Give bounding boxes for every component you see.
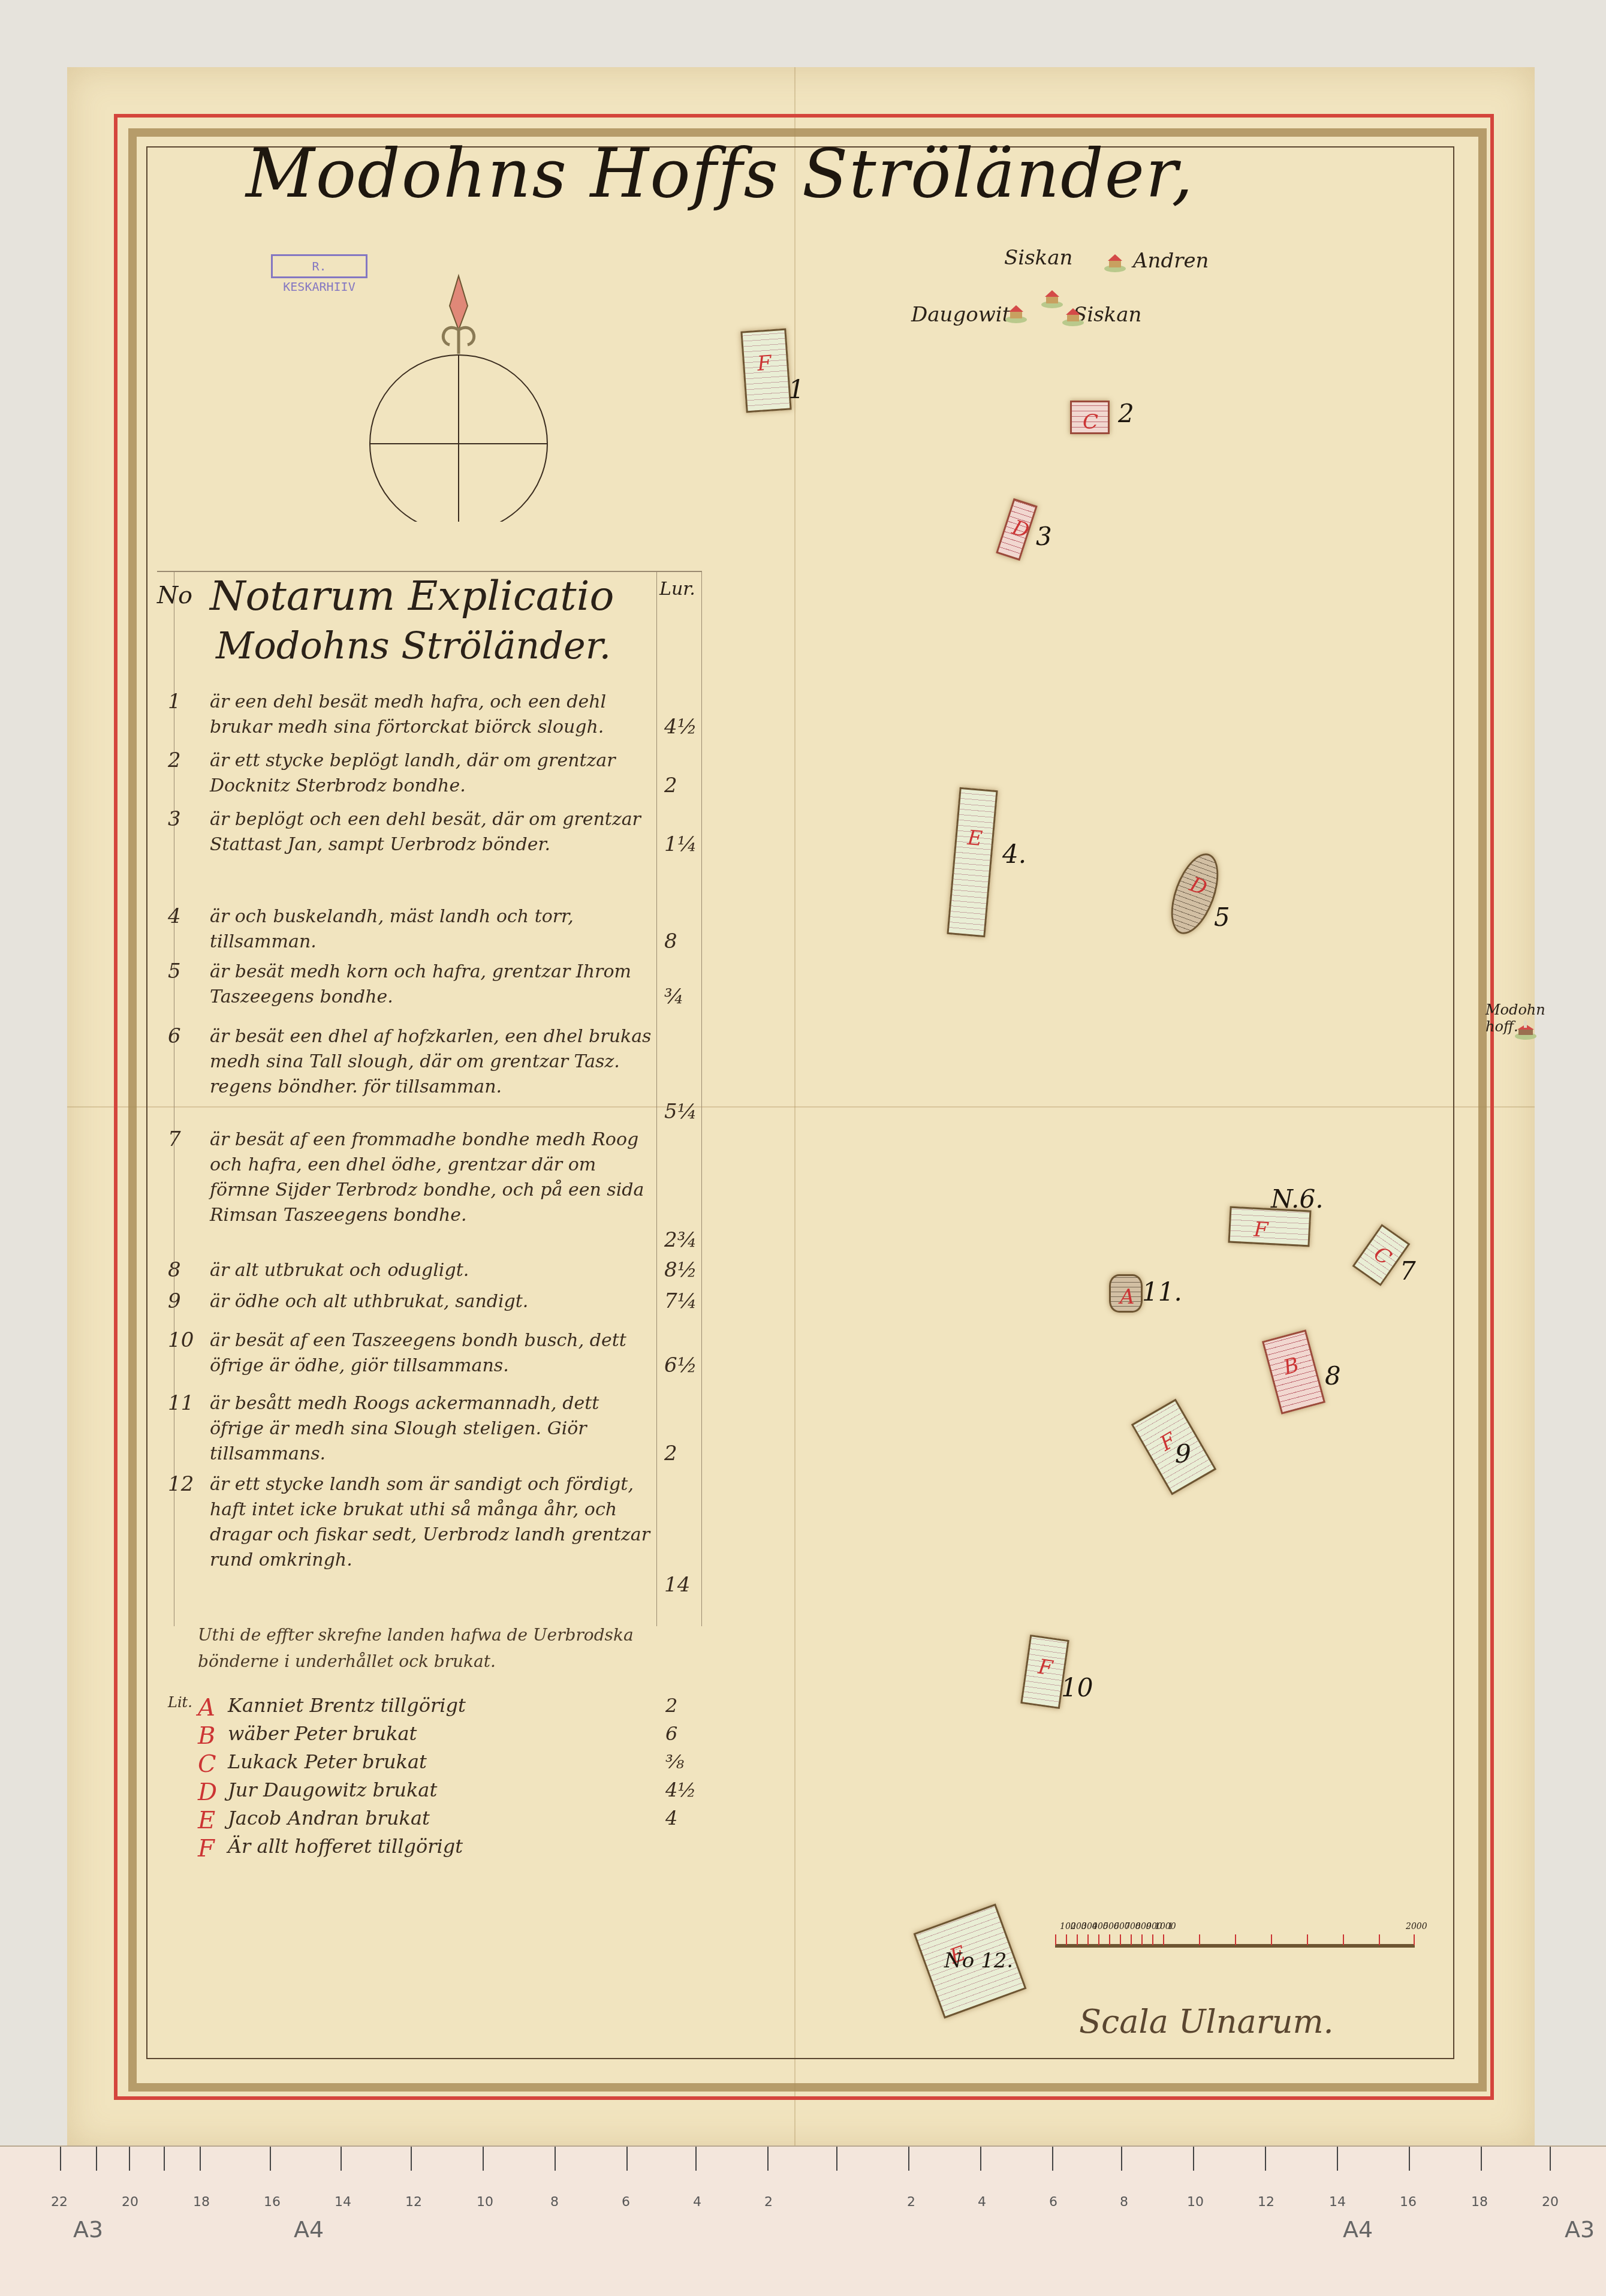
ruler-number: 12	[405, 2195, 422, 2210]
scale-tick	[1343, 1934, 1344, 1945]
village-label-siskan: Siskan	[1004, 246, 1072, 270]
ruler-number: 20	[122, 2195, 138, 2210]
scale-tick	[1379, 1934, 1380, 1945]
ruler-number: 20	[1542, 2195, 1559, 2210]
parcel-number-4: 4.	[1002, 839, 1026, 869]
paper-format-label: A3	[73, 2216, 103, 2243]
paper-format-label: A4	[1343, 2216, 1373, 2243]
farmhouse-icon	[1103, 252, 1127, 272]
village-label-andren: Andren	[1133, 249, 1209, 273]
legend-column-divider	[701, 571, 702, 1626]
ruler-number: 4	[693, 2195, 701, 2210]
parcel-number-11: 11.	[1142, 1277, 1182, 1307]
ruler-number: 22	[51, 2195, 68, 2210]
parcel-number-3: 3	[1036, 522, 1052, 551]
scale-tick	[1109, 1934, 1110, 1945]
scale-tick	[1120, 1934, 1121, 1945]
village-label-daugowit: Daugowit	[911, 303, 1010, 327]
ruler-number: 16	[1400, 2195, 1417, 2210]
legend-col-unit: Lur.	[659, 579, 695, 600]
ruler-number: 6	[622, 2195, 630, 2210]
ruler-number: 14	[335, 2195, 351, 2210]
paper-format-label: A4	[294, 2216, 324, 2243]
scale-label: 2000	[1406, 1922, 1427, 1931]
scale-tick	[1141, 1934, 1143, 1945]
scale-tick	[1066, 1934, 1067, 1945]
scale-tick	[1271, 1934, 1272, 1945]
farmhouse-icon	[1061, 306, 1085, 326]
archive-stamp: R. KESKARHIIV	[271, 254, 367, 278]
scale-label: 1	[1168, 1922, 1173, 1931]
parcel-1: F	[740, 329, 791, 413]
paper-format-label: A3	[1565, 2216, 1595, 2243]
ruler-number: 18	[193, 2195, 210, 2210]
parcel-number-12: No 12.	[944, 1949, 1013, 1973]
scale-tick	[1163, 1934, 1164, 1945]
parcel-6: F	[1228, 1206, 1311, 1247]
legend-column-divider	[656, 571, 657, 1626]
owners-intro: Uthi de effter skrefne landen hafwa de U…	[198, 1622, 689, 1675]
ruler-number: 14	[1329, 2195, 1346, 2210]
ruler-number: 8	[1120, 2195, 1128, 2210]
ruler-number: 2	[764, 2195, 773, 2210]
ruler-number: 8	[550, 2195, 559, 2210]
ruler-number: 12	[1258, 2195, 1274, 2210]
measuring-ruler: 22 20 18 16 14 12 10 8 6 4 2 2 4 6 8 10 …	[0, 2145, 1606, 2296]
scale-tick	[1414, 1934, 1415, 1945]
ruler-number: 10	[477, 2195, 493, 2210]
farmhouse-icon	[1040, 288, 1064, 308]
parcel-2: C	[1070, 401, 1110, 434]
parcel-number-9: 9	[1175, 1439, 1191, 1469]
ruler-number: 4	[978, 2195, 986, 2210]
parcel-11: A	[1109, 1274, 1143, 1313]
parcel-number-2: 2	[1118, 399, 1134, 428]
scale-tick	[1235, 1934, 1236, 1945]
legend-subtitle: Modohns Ströländer.	[216, 624, 611, 667]
parcel-number-8: 8	[1325, 1361, 1341, 1391]
ruler-number: 10	[1187, 2195, 1204, 2210]
scale-tick	[1087, 1934, 1089, 1945]
legend-column-divider	[174, 571, 174, 1626]
legend-col-number: No	[157, 582, 192, 609]
scale-tick	[1307, 1934, 1308, 1945]
ruler-number: 2	[907, 2195, 915, 2210]
scale-tick	[1152, 1934, 1153, 1945]
parcel-number-5: 5	[1214, 902, 1230, 932]
map-title: Modohns Hoffs Ströländer,	[246, 135, 1194, 213]
scale-tick	[1199, 1934, 1200, 1945]
scale-tick	[1077, 1934, 1078, 1945]
farmhouse-icon	[1004, 303, 1028, 323]
scale-tick	[1098, 1934, 1099, 1945]
scale-tick	[1131, 1934, 1132, 1945]
ruler-number: 16	[264, 2195, 281, 2210]
parcel-number-10: 10	[1061, 1673, 1093, 1702]
legend-title: Notarum Explicatio	[210, 573, 614, 620]
scale-tick	[1055, 1934, 1056, 1945]
ruler-number: 6	[1049, 2195, 1057, 2210]
ruler-number: 18	[1471, 2195, 1488, 2210]
parcel-number-1: 1	[788, 375, 804, 404]
compass-rose-icon	[360, 264, 558, 522]
scale-caption: Scala Ulnarum.	[1079, 2003, 1334, 2041]
parcel-number-7: 7	[1400, 1256, 1416, 1286]
manor-house-icon	[1514, 1019, 1538, 1040]
